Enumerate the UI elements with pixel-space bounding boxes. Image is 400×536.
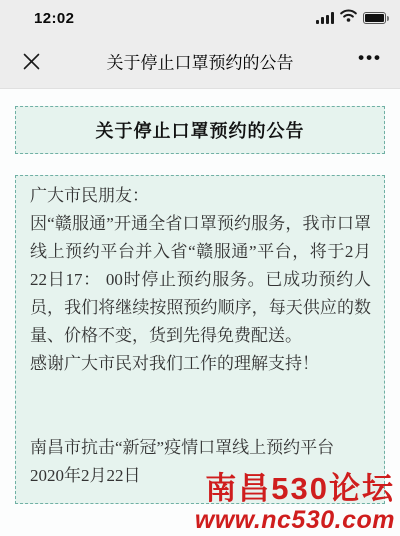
watermark-site-name: 南昌530论坛 xyxy=(195,472,395,505)
nav-bar: 关于停止口罩预约的公告 ••• xyxy=(0,34,400,89)
announcement-title-box: 关于停止口罩预约的公告 xyxy=(15,106,385,154)
greeting-line: 广大市民朋友： xyxy=(30,182,371,210)
phone-screen: 12:02 关于停止口罩预约的公告 ••• 关于停止口罩预 xyxy=(0,0,400,536)
announcement-heading: 关于停止口罩预约的公告 xyxy=(96,117,305,143)
body-paragraph: 因“赣服通”开通全省口罩预约服务，我市口罩线上预约平台并入省“赣服通”平台，将于… xyxy=(30,210,371,350)
signal-strength-icon xyxy=(316,12,334,24)
nav-title: 关于停止口罩预约的公告 xyxy=(107,49,294,74)
more-menu-button[interactable]: ••• xyxy=(358,53,382,69)
watermark-site-url: www.nc530.com xyxy=(195,507,395,533)
wifi-icon xyxy=(340,9,357,27)
close-icon xyxy=(23,53,40,70)
announcement-body-box: 广大市民朋友： 因“赣服通”开通全省口罩预约服务，我市口罩线上预约平台并入省“赣… xyxy=(15,175,385,504)
thanks-line: 感谢广大市民对我们工作的理解支持！ xyxy=(30,350,371,378)
status-icons xyxy=(316,9,386,27)
battery-icon xyxy=(363,12,386,24)
close-button[interactable] xyxy=(18,48,44,74)
clock-time: 12:02 xyxy=(34,10,74,27)
status-bar: 12:02 xyxy=(0,0,400,34)
signature-line: 南昌市抗击“新冠”疫情口罩线上预约平台 xyxy=(30,434,371,462)
forum-watermark: 南昌530论坛 www.nc530.com xyxy=(195,472,395,533)
announcement-page: 关于停止口罩预约的公告 广大市民朋友： 因“赣服通”开通全省口罩预约服务，我市口… xyxy=(0,89,400,536)
